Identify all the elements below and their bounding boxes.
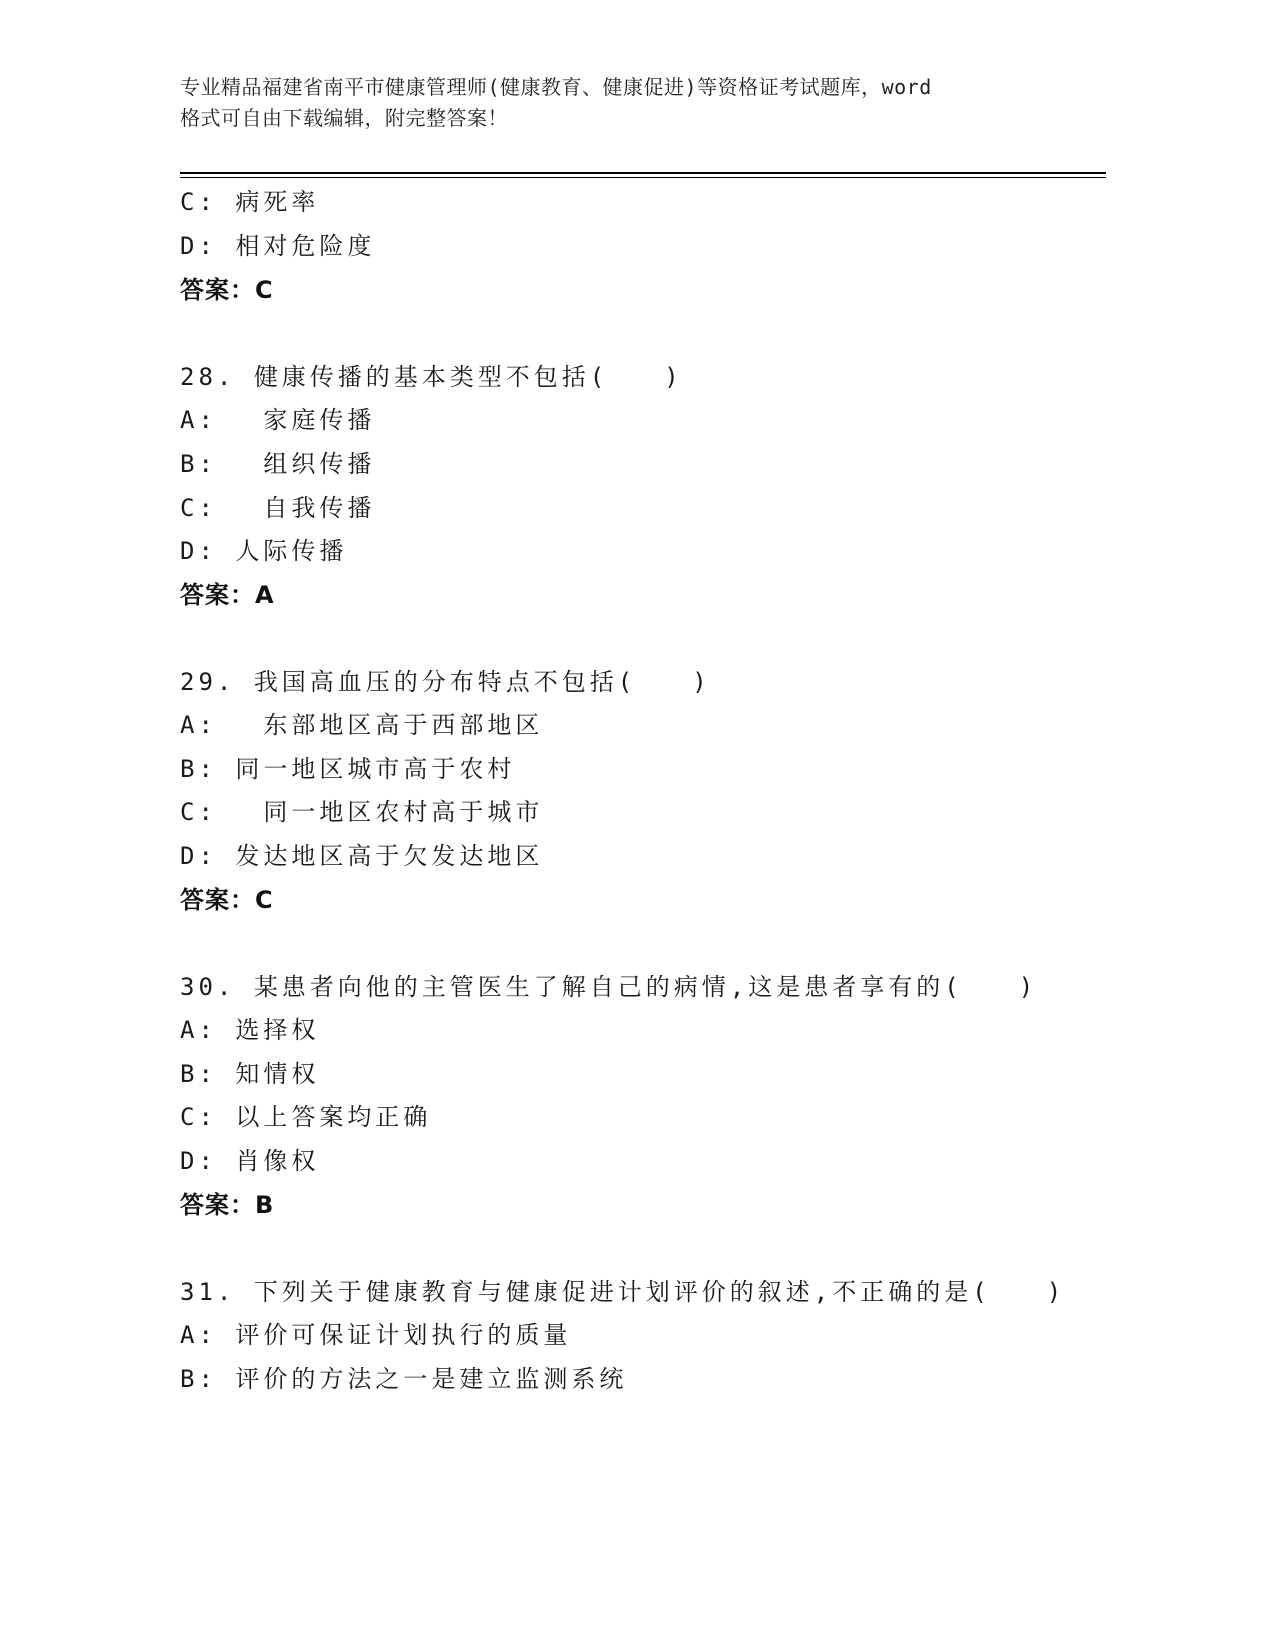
document-header: 专业精品福建省南平市健康管理师(健康教育、健康促进)等资格证考试题库，word …	[180, 72, 1060, 134]
option-d: D: 发达地区高于欠发达地区	[180, 841, 543, 871]
question-29-stem: 29. 我国高血压的分布特点不包括( )	[180, 667, 711, 697]
header-divider-thin	[180, 177, 1106, 178]
option-b: B: 评价的方法之一是建立监测系统	[180, 1364, 627, 1394]
option-b: B: 同一地区城市高于农村	[180, 754, 515, 784]
question-30-stem: 30. 某患者向他的主管医生了解自己的病情,这是患者享有的( )	[180, 972, 1037, 1002]
option-a: A: 东部地区高于西部地区	[180, 710, 543, 740]
option-d: D: 相对危险度	[180, 231, 375, 261]
header-line-1: 专业精品福建省南平市健康管理师(健康教育、健康促进)等资格证考试题库，word	[180, 72, 1060, 103]
option-d: D: 肖像权	[180, 1146, 319, 1176]
option-a: A: 选择权	[180, 1015, 319, 1045]
header-line-2: 格式可自由下载编辑，附完整答案！	[180, 103, 1060, 134]
answer: 答案：A	[180, 580, 275, 610]
option-c: C: 自我传播	[180, 493, 375, 523]
option-d: D: 人际传播	[180, 536, 347, 566]
answer: 答案：C	[180, 885, 274, 915]
question-28-stem: 28. 健康传播的基本类型不包括( )	[180, 362, 683, 392]
answer: 答案：C	[180, 275, 274, 305]
option-c: C: 病死率	[180, 187, 319, 217]
option-a: A: 家庭传播	[180, 405, 375, 435]
header-divider-thick	[180, 172, 1106, 174]
question-31-stem: 31. 下列关于健康教育与健康促进计划评价的叙述,不正确的是( )	[180, 1277, 1065, 1307]
option-c: C: 同一地区农村高于城市	[180, 797, 543, 827]
option-b: B: 组织传播	[180, 449, 375, 479]
option-c: C: 以上答案均正确	[180, 1102, 431, 1132]
option-b: B: 知情权	[180, 1059, 319, 1089]
option-a: A: 评价可保证计划执行的质量	[180, 1320, 571, 1350]
answer: 答案：B	[180, 1190, 274, 1220]
